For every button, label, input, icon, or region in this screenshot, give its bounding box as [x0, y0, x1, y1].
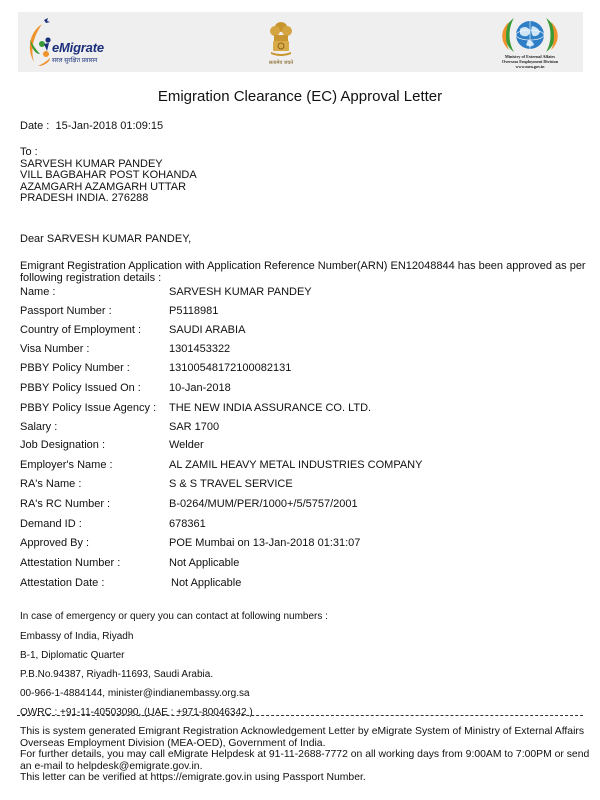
detail-value: THE NEW INDIA ASSURANCE CO. LTD.	[169, 402, 371, 414]
detail-label: PBBY Policy Issued On :	[20, 382, 141, 394]
contact-heading: In case of emergency or query you can co…	[20, 611, 328, 622]
detail-label: Demand ID :	[20, 518, 82, 530]
mea-globe-logo-icon	[490, 14, 570, 54]
detail-value: Not Applicable	[169, 557, 239, 569]
date-label: Date :	[20, 120, 49, 132]
emigrate-brand-name: eMigrate	[52, 40, 104, 55]
mea-logo: Ministry of External Affairs Overseas Em…	[490, 14, 570, 72]
detail-label: RA's RC Number :	[20, 498, 110, 510]
contact-line: 00-966-1-4884144, minister@indianembassy…	[20, 688, 250, 699]
intro-paragraph: Emigrant Registration Application with A…	[20, 260, 590, 284]
address-line: VILL BAGBAHAR POST KOHANDA	[20, 170, 197, 182]
contact-line: Embassy of India, Riyadh	[20, 631, 133, 642]
detail-label: PBBY Policy Issue Agency :	[20, 402, 156, 414]
detail-value: 1301453322	[169, 343, 230, 355]
footer-line: Overseas Employment Division (MEA-OED), …	[20, 738, 595, 750]
emigrate-logo-icon	[22, 14, 56, 70]
detail-label: Job Designation :	[20, 439, 105, 451]
detail-label: Attestation Number :	[20, 557, 120, 569]
emigrate-tagline: सरल सुरक्षित प्रवासन	[52, 56, 97, 64]
letter-title: Emigration Clearance (EC) Approval Lette…	[0, 88, 600, 105]
detail-label: PBBY Policy Number :	[20, 362, 130, 374]
detail-value: SARVESH KUMAR PANDEY	[169, 286, 312, 298]
detail-label: Country of Employment :	[20, 324, 141, 336]
national-emblem: सत्यमेव जयते	[265, 18, 297, 68]
contact-line: OWRC : +91-11-40503090, (UAE : +971-8004…	[20, 707, 253, 718]
detail-value: SAR 1700	[169, 421, 219, 433]
footer-notice: This is system generated Emigrant Regist…	[20, 726, 595, 784]
detail-value: 678361	[169, 518, 206, 530]
contact-line: P.B.No.94387, Riyadh-11693, Saudi Arabia…	[20, 669, 213, 680]
detail-label: Passport Number :	[20, 305, 112, 317]
contact-line: B-1, Diplomatic Quarter	[20, 650, 124, 661]
to-label: To :	[20, 147, 197, 159]
recipient-address: To : SARVESH KUMAR PANDEY VILL BAGBAHAR …	[20, 147, 197, 205]
footer-line: This is system generated Emigrant Regist…	[20, 726, 595, 738]
detail-label: Name :	[20, 286, 55, 298]
dashed-divider	[17, 715, 583, 716]
footer-line: This letter can be verified at https://e…	[20, 772, 595, 784]
detail-value: S & S TRAVEL SERVICE	[169, 478, 293, 490]
emigrate-logo: eMigrate सरल सुरक्षित प्रवासन	[22, 14, 122, 70]
detail-value: B-0264/MUM/PER/1000+/5/5757/2001	[169, 498, 358, 510]
detail-value: 13100548172100082131	[169, 362, 291, 374]
detail-value: POE Mumbai on 13-Jan-2018 01:31:07	[169, 537, 360, 549]
footer-line: For further details, you may call eMigra…	[20, 749, 595, 761]
detail-label: RA's Name :	[20, 478, 81, 490]
detail-label: Salary :	[20, 421, 57, 433]
national-emblem-icon	[265, 18, 297, 60]
intro-line: following registration details :	[20, 272, 590, 284]
detail-value: SAUDI ARABIA	[169, 324, 245, 336]
mea-website-line: www.mea.gov.in	[490, 64, 570, 69]
detail-value: 10-Jan-2018	[169, 382, 231, 394]
emblem-motto: सत्यमेव जयते	[265, 60, 297, 66]
intro-line: Emigrant Registration Application with A…	[20, 260, 590, 272]
detail-value: Welder	[169, 439, 204, 451]
detail-label: Approved By :	[20, 537, 89, 549]
letterhead: eMigrate सरल सुरक्षित प्रवासन सत्यमेव जय…	[18, 12, 583, 72]
letter-date: Date : 15-Jan-2018 01:09:15	[20, 120, 163, 132]
detail-label: Employer's Name :	[20, 459, 113, 471]
detail-value: Not Applicable	[171, 577, 241, 589]
detail-value: AL ZAMIL HEAVY METAL INDUSTRIES COMPANY	[169, 459, 422, 471]
footer-line: an e-mail to helpdesk@emigrate.gov.in.	[20, 761, 595, 773]
detail-value: P5118981	[169, 305, 218, 317]
detail-label: Visa Number :	[20, 343, 90, 355]
detail-label: Attestation Date :	[20, 577, 104, 589]
date-value: 15-Jan-2018 01:09:15	[55, 120, 163, 132]
address-line: PRADESH INDIA. 276288	[20, 193, 197, 205]
salutation: Dear SARVESH KUMAR PANDEY,	[20, 233, 191, 245]
